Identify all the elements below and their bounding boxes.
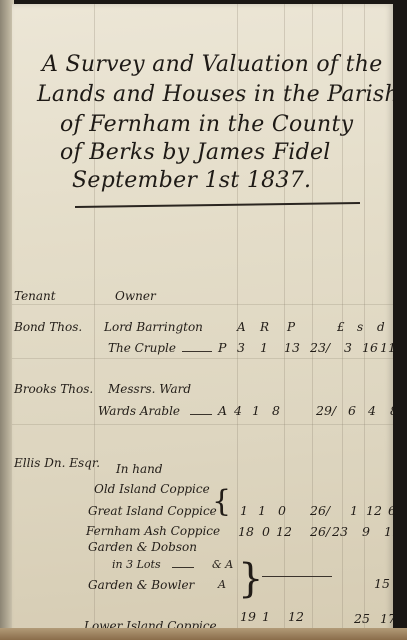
header-owner: Owner <box>115 289 156 303</box>
roods: 1 <box>262 609 270 624</box>
title-line-5: September 1st 1837. <box>72 168 311 193</box>
acres: 19 <box>240 609 256 624</box>
pence: 11 <box>384 524 393 539</box>
entry-owner: Messrs. Ward <box>108 382 191 396</box>
item-label: in 3 Lots <box>112 558 161 571</box>
leader-dash <box>262 576 332 577</box>
rate: 26/ <box>310 524 330 539</box>
roods: 1 <box>260 340 268 355</box>
leader-dash <box>182 351 212 352</box>
entry-tenant: Ellis Dn. Esqr. <box>14 456 100 470</box>
title-line-2: Lands and Houses in the Parish <box>37 82 393 107</box>
entry-owner: Lord Barrington <box>104 320 203 334</box>
ruling-line <box>12 304 393 305</box>
shillings: 12 <box>366 503 382 518</box>
acres: 18 <box>238 524 254 539</box>
pence: 6 <box>388 503 393 518</box>
rate: 26/ <box>310 503 330 518</box>
header-pence: d <box>377 320 385 334</box>
ruling-line <box>12 358 393 359</box>
roods: 0 <box>262 524 270 539</box>
shillings: 4 <box>368 403 376 418</box>
header-shillings: s <box>357 320 363 334</box>
shillings: 15 <box>374 576 390 591</box>
item-label: Great Island Coppice <box>88 504 217 518</box>
header-tenant: Tenant <box>14 289 56 303</box>
pounds: 3 <box>344 340 352 355</box>
item-label: Garden & Bowler <box>88 578 194 592</box>
land-type: & A <box>212 558 233 571</box>
perches: 8 <box>272 403 280 418</box>
title-line-1: A Survey and Valuation of the <box>42 52 383 77</box>
header-roods: R <box>260 320 269 334</box>
leader-dash <box>190 414 212 415</box>
entry-owner: In hand <box>116 462 163 476</box>
rate: 23/ <box>310 340 330 355</box>
acres: 4 <box>234 403 242 418</box>
roods: 1 <box>252 403 260 418</box>
pounds: 25 <box>354 611 370 626</box>
title-line-4: of Berks by James Fidel <box>60 140 331 165</box>
shillings: 16 <box>362 340 378 355</box>
entry-tenant: Brooks Thos. <box>14 382 93 396</box>
entry-tenant: Bond Thos. <box>14 320 82 334</box>
pence: 11 <box>380 340 393 355</box>
entry-property: The Cruple <box>108 341 176 355</box>
header-acres: A <box>237 320 246 334</box>
perches: 12 <box>276 524 292 539</box>
header-perches: P <box>287 320 295 334</box>
title-line-3: of Fernham in the County <box>60 112 353 137</box>
acres: 1 <box>240 503 248 518</box>
perches: 0 <box>278 503 286 518</box>
ruling-line <box>12 424 393 425</box>
item-label: Old Island Coppice <box>94 482 210 496</box>
header-pounds: £ <box>337 320 345 334</box>
ledger-page: A Survey and Valuation of the Lands and … <box>12 4 393 640</box>
rate: 29/ <box>316 403 336 418</box>
land-type: P <box>218 340 226 355</box>
shillings: 9 <box>362 524 370 539</box>
item-label: Garden & Dobson <box>88 540 197 554</box>
brace: { <box>212 484 231 519</box>
pence: 8 <box>390 403 393 418</box>
shillings: 6 <box>348 403 356 418</box>
title-divider <box>75 202 360 208</box>
item-label: Fernham Ash Coppice <box>86 524 220 538</box>
shillings: 17 <box>380 611 393 626</box>
pounds: 1 <box>350 503 358 518</box>
pounds: 23 <box>332 524 348 539</box>
perches: 12 <box>288 609 304 624</box>
land-type: A <box>218 403 227 418</box>
entry-property: Wards Arable <box>98 404 180 418</box>
roods: 1 <box>258 503 266 518</box>
brace: } <box>238 556 263 602</box>
acres: 3 <box>237 340 245 355</box>
perches: 13 <box>284 340 300 355</box>
land-type: A <box>218 578 226 591</box>
leader-dash <box>172 567 194 568</box>
page-edge <box>0 628 407 640</box>
